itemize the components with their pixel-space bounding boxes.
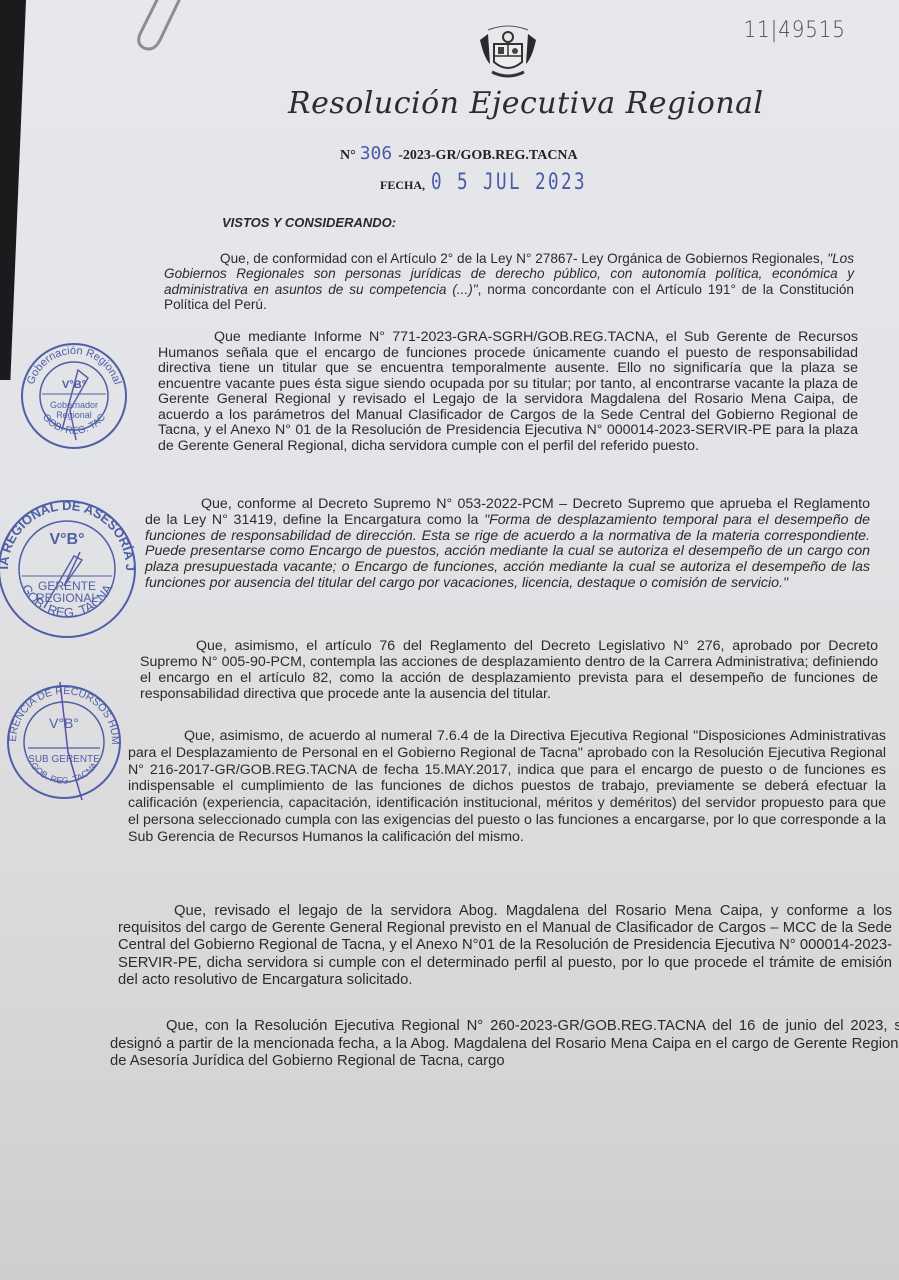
date-line: FECHA,0 5 JUL 2023 <box>380 170 626 195</box>
date-stamp: 0 5 JUL 2023 <box>431 170 587 195</box>
scanned-document-page: 11|49515 Resolución Ejecutiva Regional N… <box>0 0 899 1280</box>
paperclip-icon <box>132 0 192 60</box>
stamp-recursos-humanos: SUB GERENCIA DE RECURSOS HUMANOS GOB. RE… <box>4 682 124 802</box>
svg-text:SUB GERENTE: SUB GERENTE <box>28 754 100 765</box>
paragraph: Que, asimismo, de acuerdo al numeral 7.6… <box>128 728 886 846</box>
background-edge <box>0 0 26 380</box>
coat-of-arms-icon <box>474 20 542 82</box>
handwritten-file-number: 11|49515 <box>744 18 846 43</box>
document-title: Resolución Ejecutiva Regional <box>288 86 764 121</box>
resolution-number-line: N°306-2023-GR/GOB.REG.TACNA <box>340 143 578 164</box>
paragraph: Que, con la Resolución Ejecutiva Regiona… <box>110 1018 899 1071</box>
section-heading: VISTOS Y CONSIDERANDO: <box>222 215 396 230</box>
number-suffix: -2023-GR/GOB.REG.TACNA <box>398 148 577 163</box>
svg-text:V°B°: V°B° <box>49 531 84 548</box>
paragraph: Que, conforme al Decreto Supremo N° 053-… <box>145 497 870 592</box>
paragraph: Que, revisado el legajo de la servidora … <box>118 903 892 989</box>
svg-text:Regional: Regional <box>56 410 92 420</box>
paragraph: Que, de conformidad con el Artículo 2° d… <box>164 251 854 313</box>
date-label: FECHA, <box>380 178 425 192</box>
svg-text:REGIONAL: REGIONAL <box>36 591 98 605</box>
number-prefix: N° <box>340 148 356 163</box>
paragraph: Que mediante Informe N° 771-2023-GRA-SGR… <box>158 330 858 454</box>
paragraph: Que, asimismo, el artículo 76 del Reglam… <box>140 638 878 702</box>
stamp-gobernacion-regional: Gobernación Regional GOB. REG. TAC V°B° … <box>18 340 130 452</box>
stamp-asesoria-juridica: GERENCIA REGIONAL DE ASESORÍA JURÍDICA G… <box>0 496 140 642</box>
resolution-number: 306 <box>360 143 393 164</box>
